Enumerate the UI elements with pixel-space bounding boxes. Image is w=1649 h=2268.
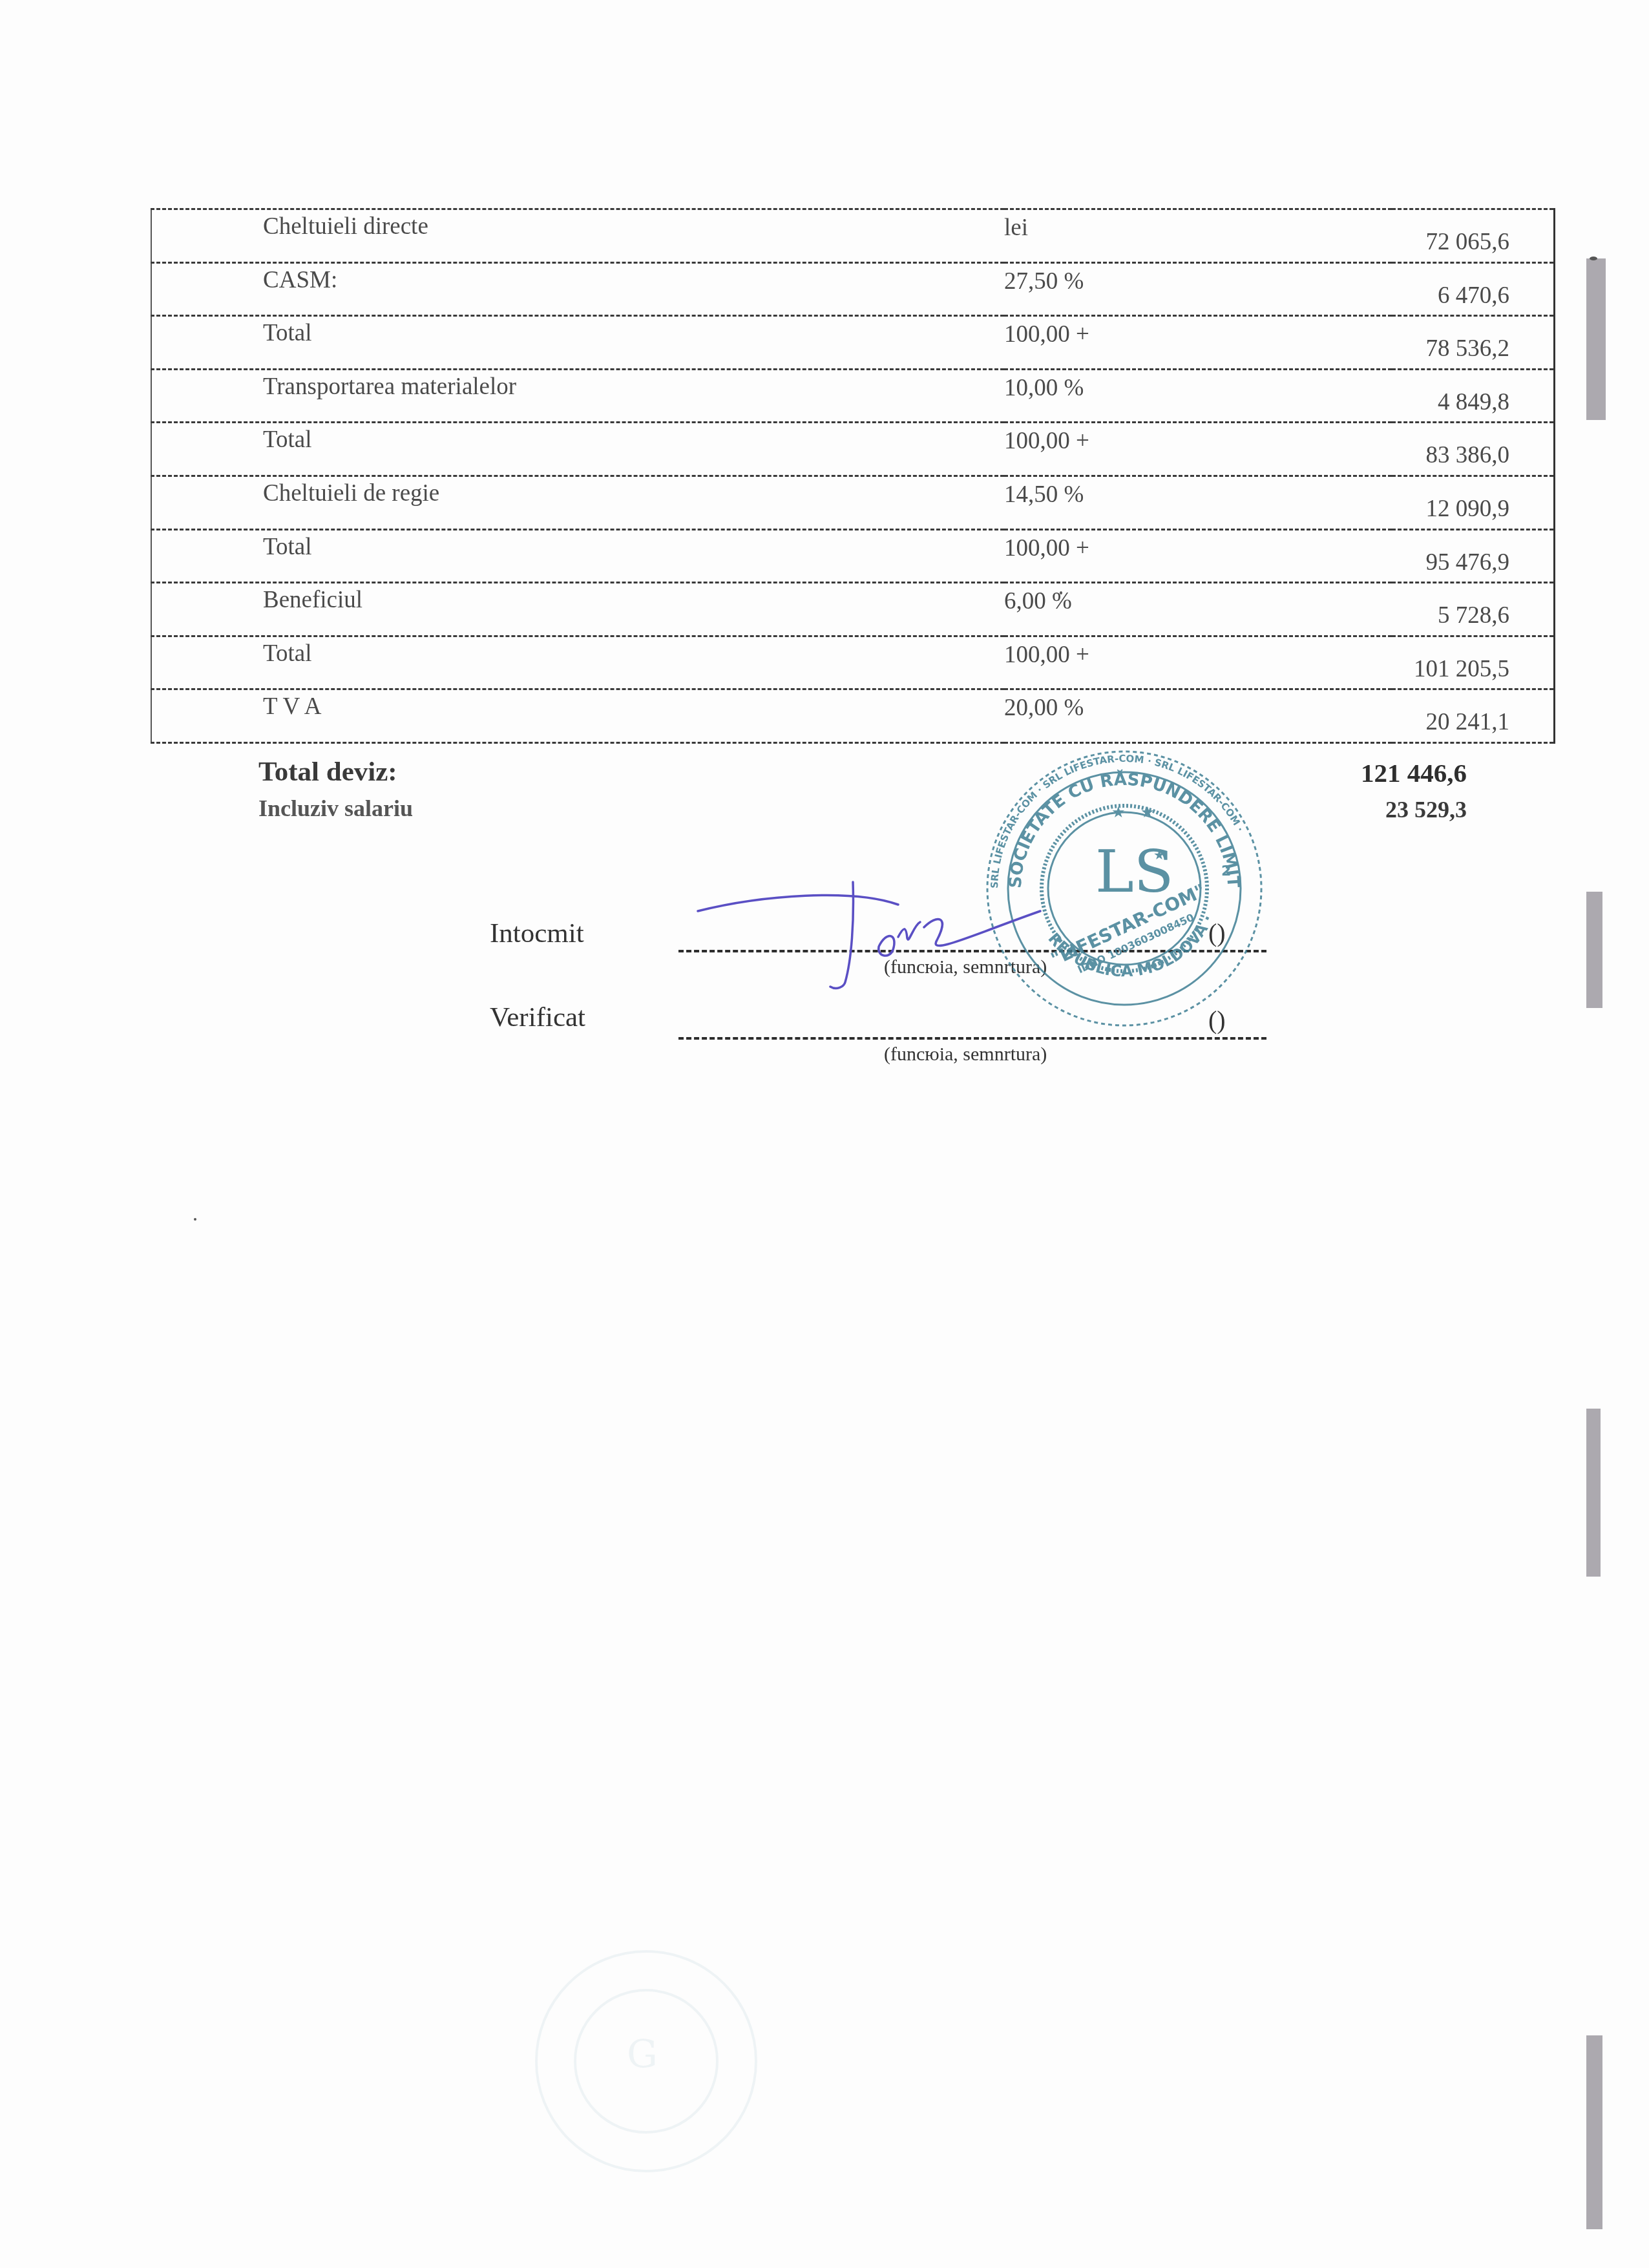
cost-item-amount: 20 241,1 xyxy=(1392,689,1555,743)
table-row: T V A 20,00 % 20 241,1 xyxy=(151,689,1555,743)
cost-item-rate: 100,00 + xyxy=(1004,316,1392,370)
table-row: CASM: 27,50 % 6 470,6 xyxy=(151,262,1555,316)
cost-item-amount: 5 728,6 xyxy=(1392,583,1555,636)
cost-item-rate: lei xyxy=(1004,209,1392,263)
cost-item-amount: 83 386,0 xyxy=(1392,423,1555,476)
faint-stamp-imprint: G xyxy=(530,1945,762,2178)
cost-item-name: Cheltuieli de regie xyxy=(151,476,1004,529)
cost-item-rate: 6,00 % xyxy=(1004,583,1392,636)
scan-speck xyxy=(1060,591,1062,594)
verified-by-label: Verificat xyxy=(490,1002,585,1033)
scan-speck xyxy=(1590,257,1597,260)
cost-item-amount: 95 476,9 xyxy=(1392,529,1555,583)
cost-item-rate: 27,50 % xyxy=(1004,262,1392,316)
cost-item-rate: 100,00 + xyxy=(1004,423,1392,476)
svg-text:★: ★ xyxy=(1111,803,1126,821)
table-row: Total 100,00 + 95 476,9 xyxy=(151,529,1555,583)
cost-item-name: Beneficiul xyxy=(151,583,1004,636)
cost-item-name: Total xyxy=(151,316,1004,370)
svg-text:★: ★ xyxy=(1153,847,1165,863)
scan-speck xyxy=(194,1218,196,1221)
cost-item-name: Total xyxy=(151,636,1004,689)
table-row: Cheltuieli directe lei 72 065,6 xyxy=(151,209,1555,263)
cost-item-rate: 100,00 + xyxy=(1004,529,1392,583)
cost-item-amount: 6 470,6 xyxy=(1392,262,1555,316)
cost-item-rate: 10,00 % xyxy=(1004,369,1392,423)
cost-item-amount: 78 536,2 xyxy=(1392,316,1555,370)
cost-item-amount: 4 849,8 xyxy=(1392,369,1555,423)
total-estimate-value: 121 446,6 xyxy=(1361,757,1467,788)
svg-text:G: G xyxy=(627,2032,658,2077)
scan-artifact xyxy=(1586,892,1602,1008)
svg-text:★: ★ xyxy=(1140,803,1155,821)
scan-artifact xyxy=(1586,2035,1602,2229)
table-row: Beneficiul 6,00 % 5 728,6 xyxy=(151,583,1555,636)
cost-item-name: Cheltuieli directe xyxy=(151,209,1004,263)
scan-artifact xyxy=(1586,258,1606,420)
table-row: Total 100,00 + 78 536,2 xyxy=(151,316,1555,370)
cost-item-rate: 100,00 + xyxy=(1004,636,1392,689)
table-row: Transportarea materialelor 10,00 % 4 849… xyxy=(151,369,1555,423)
cost-item-name: CASM: xyxy=(151,262,1004,316)
cost-item-amount: 12 090,9 xyxy=(1392,476,1555,529)
total-estimate-label: Total deviz: xyxy=(258,756,397,788)
scan-artifact xyxy=(1586,1409,1601,1577)
estimate-table: Cheltuieli directe lei 72 065,6 CASM: 27… xyxy=(151,208,1555,744)
cost-item-name: T V A xyxy=(151,689,1004,743)
cost-item-name: Total xyxy=(151,423,1004,476)
cost-item-amount: 101 205,5 xyxy=(1392,636,1555,689)
cost-item-rate: 14,50 % xyxy=(1004,476,1392,529)
stamp-side-number: 2 xyxy=(1221,863,1231,879)
cost-item-rate: 20,00 % xyxy=(1004,689,1392,743)
table-row: Cheltuieli de regie 14,50 % 12 090,9 xyxy=(151,476,1555,529)
prepared-by-label: Intocmit xyxy=(490,918,584,949)
cost-item-name: Total xyxy=(151,529,1004,583)
table-row: Total 100,00 + 83 386,0 xyxy=(151,423,1555,476)
cost-item-amount: 72 065,6 xyxy=(1392,209,1555,263)
verified-by-hint: (funcюia, semnrtura) xyxy=(884,1044,1047,1066)
handwritten-signature xyxy=(685,876,1047,992)
salary-included-label: Incluziv salariu xyxy=(258,795,413,822)
cost-item-name: Transportarea materialelor xyxy=(151,369,1004,423)
verified-by-signature-line xyxy=(678,1037,1266,1040)
salary-included-value: 23 529,3 xyxy=(1385,796,1467,823)
table-row: Total 100,00 + 101 205,5 xyxy=(151,636,1555,689)
